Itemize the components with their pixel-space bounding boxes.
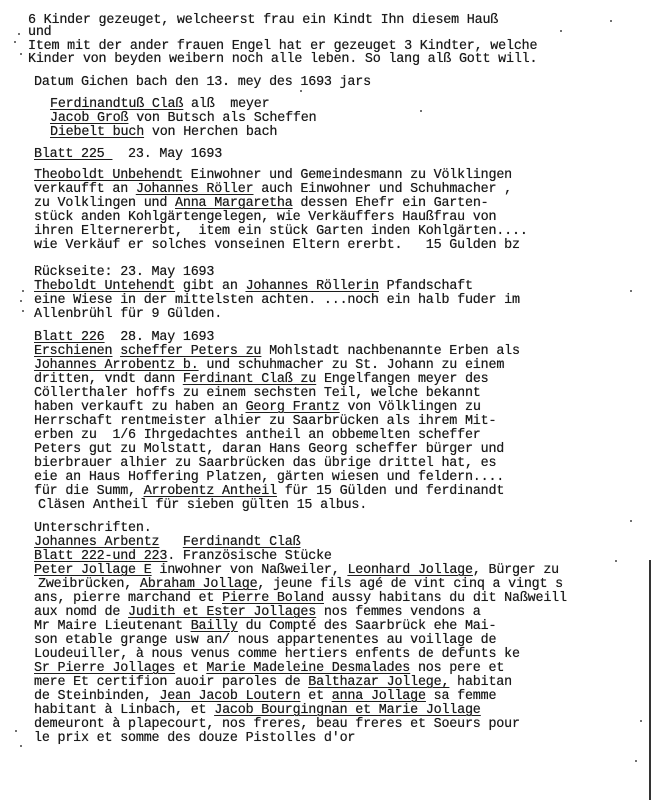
text-segment: Datum Gichen bach den 13. mey des 1693 j… (34, 75, 371, 90)
text-line: son etable grange usw an/ nous appartene… (34, 634, 496, 648)
text-segment: son etable grange usw an/ nous appartene… (34, 633, 496, 648)
text-segment: verkaufft an (34, 182, 136, 197)
text-segment: ihren Elternererbt, item ein stück Garte… (34, 224, 528, 239)
underlined-name: Johannes Arrobentz b. (34, 358, 199, 373)
text-segment: auch Einwohner und Schuhmacher , (253, 182, 512, 197)
text-line: verkaufft an Johannes Röller auch Einwoh… (34, 183, 512, 197)
text-line: Peter Jollage E inwohner von Naßweiler, … (34, 564, 559, 578)
text-segment: von Butsch als Scheffen (128, 111, 316, 126)
text-line: le prix et somme des douze Pistolles d'o… (34, 732, 355, 746)
text-line: Johannes Arrobentz b. und schuhmacher zu… (34, 359, 504, 373)
text-line: erben zu 1/6 Ihrgedachtes antheil an obb… (34, 429, 481, 443)
text-segment: stück anden Kohlgärtengelegen, wie Verkä… (34, 210, 496, 225)
text-segment: ans, pierre marchand et (34, 591, 222, 606)
scan-speck (15, 730, 17, 732)
underlined-name: Judith et Ester Jollages (128, 605, 316, 620)
underlined-name: Arrobentz Antheil (144, 484, 277, 499)
text-segment: für die Summ, (34, 484, 144, 499)
text-line: Allenbrühl für 9 Gülden. (34, 308, 222, 322)
text-segment: eine Wiese in der mittelsten achten. ...… (34, 293, 520, 308)
underlined-name: Peter Jollage E (34, 563, 152, 578)
text-segment: sa femme (426, 689, 497, 704)
underlined-name: Balthazar Jollege, (308, 675, 449, 690)
scan-speck (20, 300, 22, 302)
underlined-name: Ferdinandt Claß (183, 535, 301, 550)
text-segment: mere Et certifion auoir paroles de (34, 675, 308, 690)
scan-speck (630, 290, 632, 292)
text-segment: nos femmes vendons a (316, 605, 481, 620)
scan-speck (640, 720, 642, 722)
underlined-name: Pierre Boland (222, 591, 324, 606)
text-line: wie Verkäuf er solches vonseinen Eltern … (34, 239, 520, 253)
underlined-name: anna Jollage (332, 689, 426, 704)
text-segment: Cläsen Antheil für sieben gülten 15 albu… (38, 498, 367, 513)
underlined-name: Jean Jacob Loutern (159, 689, 300, 704)
underlined-name: Jacob Groß (50, 111, 128, 126)
text-line: Blatt 225 23. May 1693 (34, 148, 222, 162)
text-line: haben verkauft zu haben an Georg Frantz … (34, 401, 481, 415)
underlined-name: Anna Margaretha (175, 196, 293, 211)
underlined-name: Ferdinant Claß zu (183, 372, 316, 387)
text-segment: . Französische Stücke (167, 549, 332, 564)
text-segment: dessen Ehefr ein Garten- (293, 196, 489, 211)
text-line: Datum Gichen bach den 13. mey des 1693 j… (34, 76, 371, 90)
underlined-name: Erschienen (34, 344, 112, 359)
text-segment: habitan (449, 675, 512, 690)
text-segment (159, 535, 183, 550)
text-segment: Cöllerthaler hoffs zu einem sechsten Tei… (34, 386, 481, 401)
text-line: de Steinbinden, Jean Jacob Loutern et an… (34, 690, 496, 704)
text-line: Blatt 226 28. May 1693 (34, 331, 214, 345)
text-segment: du Compté des Saarbrück ehe Mai- (238, 619, 497, 634)
text-segment: habitant à Linbach, et (34, 703, 214, 718)
text-line: habitant à Linbach, et Jacob Bourgingnan… (34, 704, 481, 718)
underlined-name: Marie Madeleine Desmalades (206, 661, 410, 676)
scan-speck (630, 520, 632, 522)
text-segment: alß meyer (183, 97, 269, 112)
text-line: ihren Elternererbt, item ein stück Garte… (34, 225, 528, 239)
text-segment: Engelfangen meyer des (316, 372, 488, 387)
text-segment: für 15 Gülden und ferdinandt (277, 484, 504, 499)
text-segment: le prix et somme des douze Pistolles d'o… (34, 731, 355, 746)
underlined-name: Johannes Röller (136, 182, 254, 197)
text-segment: aussy habitans du dit Naßweill (324, 591, 567, 606)
text-segment: von Herchen bach (144, 125, 277, 140)
text-segment: Allenbrühl für 9 Gülden. (34, 307, 222, 322)
text-segment: von Völklingen zu (340, 400, 481, 415)
underlined-name: Theoboldt Unbehendt (34, 168, 183, 183)
text-segment: bierbrauer alhier zu Saarbrücken das übr… (34, 456, 496, 471)
scan-edge-line (649, 560, 651, 800)
underlined-name: Blatt 226 (34, 330, 105, 345)
text-segment: Kinder von beyden weibern noch alle lebe… (28, 52, 537, 67)
text-segment: eie an Haus Hoffering Platzen, gärten wi… (34, 470, 504, 485)
text-line: Theboldt Untehendt gibt an Johannes Röll… (34, 280, 473, 294)
text-line: Herrschaft rentmeister alhier zu Saarbrü… (34, 415, 496, 429)
text-segment: , jeune fils agé de vint cinq a vingt s (257, 577, 563, 592)
text-line: bierbrauer alhier zu Saarbrücken das übr… (34, 457, 496, 471)
text-line: Erschienen scheffer Peters zu Mohlstadt … (34, 345, 520, 359)
underlined-name: Jacob Bourgingnan et Marie Jollage (214, 703, 480, 718)
text-line: Peters gut zu Molstatt, daran Hans Georg… (34, 443, 504, 457)
text-segment: dritten, vndt dann (34, 372, 183, 387)
text-line: ans, pierre marchand et Pierre Boland au… (34, 592, 567, 606)
text-segment: Mohlstadt nachbenannte Erben als (261, 344, 520, 359)
text-line: und (28, 26, 52, 40)
text-segment: , Bürger zu (473, 563, 559, 578)
text-segment: et (300, 689, 331, 704)
text-line: 6 Kinder gezeuget, welcheerst frau ein K… (28, 14, 498, 28)
scan-speck (22, 310, 24, 312)
text-segment: wie Verkäuf er solches vonseinen Eltern … (34, 238, 520, 253)
text-line: Rückseite: 23. May 1693 (34, 266, 214, 280)
text-segment: 6 Kinder gezeuget, welcheerst frau ein K… (28, 13, 498, 28)
text-line: Johannes Arbentz Ferdinandt Claß (34, 536, 300, 550)
text-segment: Unterschriften. (34, 521, 152, 536)
text-line: dritten, vndt dann Ferdinant Claß zu Eng… (34, 373, 489, 387)
text-line: Sr Pierre Jollages et Marie Madeleine De… (34, 662, 504, 676)
text-segment: et (175, 661, 206, 676)
underlined-name: Blatt 222-und 223 (34, 549, 167, 564)
text-line: Cöllerthaler hoffs zu einem sechsten Tei… (34, 387, 481, 401)
text-line: Theoboldt Unbehendt Einwohner und Gemein… (34, 169, 512, 183)
text-line: Zweibrücken, Abraham Jollage, jeune fils… (38, 578, 563, 592)
scan-speck (615, 560, 617, 562)
text-line: Kinder von beyden weibern noch alle lebe… (28, 53, 537, 67)
scan-speck (560, 30, 562, 32)
text-line: Diebelt buch von Herchen bach (50, 126, 277, 140)
text-segment: demeuront à plapecourt, nos freres, beau… (34, 717, 520, 732)
text-line: demeuront à plapecourt, nos freres, beau… (34, 718, 520, 732)
underlined-name: Diebelt buch (50, 125, 144, 140)
text-line: Ferdinandtuß Claß alß meyer (50, 98, 269, 112)
underlined-name: Johannes Röllerin (246, 279, 379, 294)
underlined-name: Bailly (191, 619, 238, 634)
text-segment: Einwohner und Gemeindesmann zu Völklinge… (183, 168, 512, 183)
text-line: aux nomd de Judith et Ester Jollages nos… (34, 606, 481, 620)
text-segment: Peters gut zu Molstatt, daran Hans Georg… (34, 442, 504, 457)
underlined-name: Ferdinandtuß Claß (50, 97, 183, 112)
underlined-name: Blatt 225 (34, 147, 112, 162)
text-line: Mr Maire Lieutenant Bailly du Compté des… (34, 620, 496, 634)
text-line: mere Et certifion auoir paroles de Balth… (34, 676, 512, 690)
scan-speck (635, 760, 637, 762)
typewritten-document-page: 6 Kinder gezeuget, welcheerst frau ein K… (0, 0, 654, 800)
text-segment: Pfandschaft (379, 279, 473, 294)
text-segment: Herrschaft rentmeister alhier zu Saarbrü… (34, 414, 496, 429)
underlined-name: scheffer Peters zu (120, 344, 261, 359)
underlined-name: Theboldt Untehendt (34, 279, 175, 294)
text-segment: zu Volklingen und (34, 196, 175, 211)
scan-speck (14, 41, 16, 43)
text-line: eie an Haus Hoffering Platzen, gärten wi… (34, 471, 504, 485)
text-segment: Mr Maire Lieutenant (34, 619, 191, 634)
scan-speck (18, 33, 20, 35)
text-segment: de Steinbinden, (34, 689, 159, 704)
scan-speck (300, 90, 302, 92)
text-line: Blatt 222-und 223. Französische Stücke (34, 550, 332, 564)
scan-speck (20, 745, 22, 747)
text-segment: nos pere et (410, 661, 504, 676)
text-segment: 23. May 1693 (112, 147, 222, 162)
text-line: stück anden Kohlgärtengelegen, wie Verkä… (34, 211, 496, 225)
text-line: für die Summ, Arrobentz Antheil für 15 G… (34, 485, 504, 499)
underlined-name: Sr Pierre Jollages (34, 661, 175, 676)
text-segment: und (28, 25, 52, 40)
scan-speck (20, 53, 22, 55)
scan-speck (610, 20, 612, 22)
text-segment: Loudeuiller, à nous venus comme hertiers… (34, 647, 520, 662)
text-line: eine Wiese in der mittelsten achten. ...… (34, 294, 520, 308)
underlined-name: Leonhard Jollage (347, 563, 472, 578)
text-line: zu Volklingen und Anna Margaretha dessen… (34, 197, 489, 211)
text-line: Jacob Groß von Butsch als Scheffen (50, 112, 316, 126)
text-line: Unterschriften. (34, 522, 152, 536)
text-segment: 28. May 1693 (105, 330, 215, 345)
text-segment: und schuhmacher zu St. Johann zu einem (199, 358, 505, 373)
scan-speck (22, 290, 24, 292)
text-segment: Zweibrücken, (38, 577, 140, 592)
scan-speck (420, 110, 422, 112)
text-line: Loudeuiller, à nous venus comme hertiers… (34, 648, 520, 662)
underlined-name: Abraham Jollage (140, 577, 258, 592)
text-segment: Rückseite: 23. May 1693 (34, 265, 214, 280)
text-segment: aux nomd de (34, 605, 128, 620)
text-segment: erben zu 1/6 Ihrgedachtes antheil an obb… (34, 428, 481, 443)
text-segment: inwohner von Naßweiler, (152, 563, 348, 578)
underlined-name: Johannes Arbentz (34, 535, 159, 550)
underlined-name: Georg Frantz (246, 400, 340, 415)
text-line: Cläsen Antheil für sieben gülten 15 albu… (38, 499, 367, 513)
text-segment: haben verkauft zu haben an (34, 400, 246, 415)
text-segment: gibt an (175, 279, 246, 294)
